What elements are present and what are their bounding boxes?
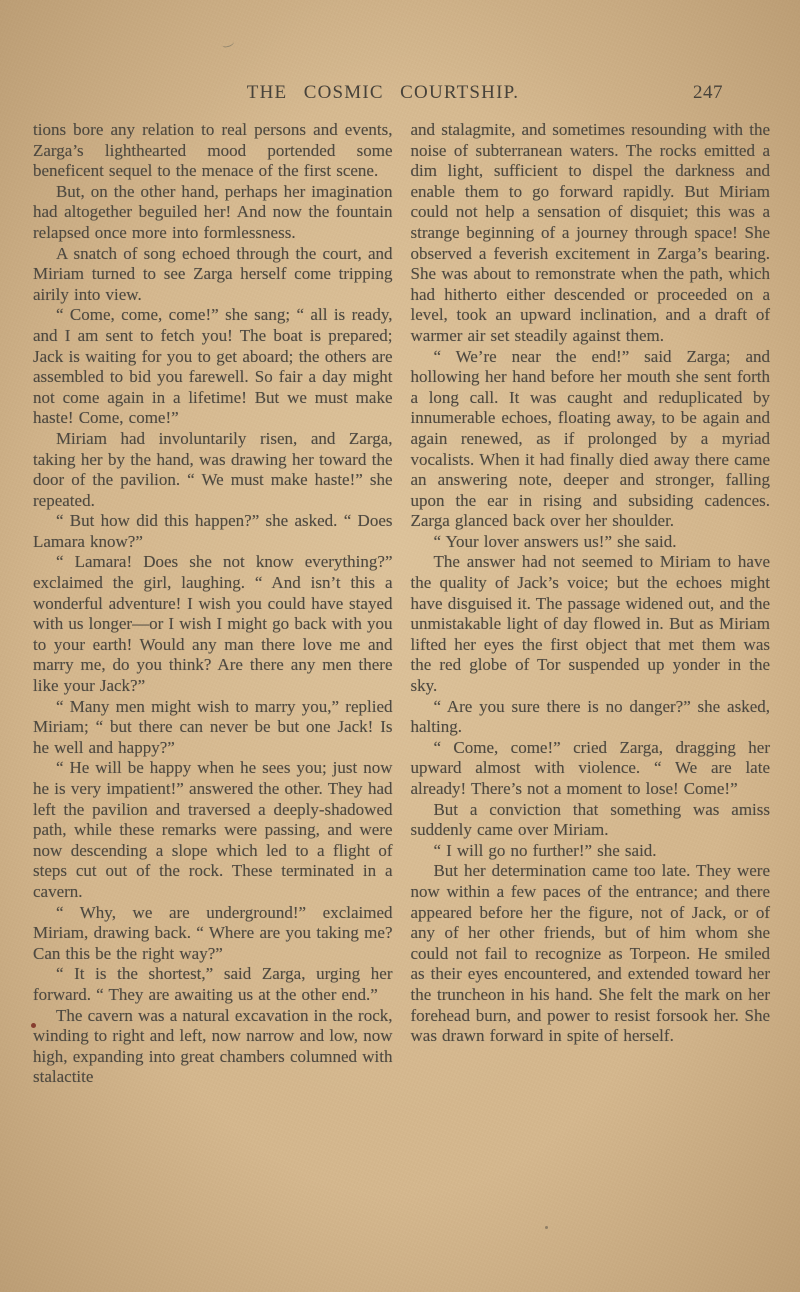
paragraph: and stalagmite, and sometimes resounding… [411, 120, 771, 347]
paragraph: The cavern was a natural excavation in t… [33, 1006, 393, 1088]
paragraph: “ Are you sure there is no danger?” she … [411, 697, 771, 738]
paragraph: “ It is the shortest,” said Zarga, urgin… [33, 964, 393, 1005]
paragraph: “ He will be happy when he sees you; jus… [33, 758, 393, 902]
paragraph: “ Come, come!” cried Zarga, dragging her… [411, 738, 771, 800]
text-block: tions bore any relation to real persons … [0, 118, 800, 1088]
paragraph: But her determination came too late. The… [411, 861, 771, 1046]
page-title: THE COSMIC COURTSHIP. [0, 82, 766, 104]
paragraph: tions bore any relation to real persons … [33, 120, 393, 182]
paragraph: “ Many men might wish to marry you,” rep… [33, 697, 393, 759]
paragraph: But a conviction that something was amis… [411, 800, 771, 841]
page-number: 247 [693, 82, 723, 104]
paragraph: “ Come, come, come!” she sang; “ all is … [33, 305, 393, 429]
paragraph: “ I will go no further!” she said. [411, 841, 771, 862]
paragraph: Miriam had involuntarily risen, and Zarg… [33, 429, 393, 511]
paragraph: “ Why, we are underground!” exclaimed Mi… [33, 903, 393, 965]
paragraph: A snatch of song echoed through the cour… [33, 244, 393, 306]
paragraph: But, on the other hand, perhaps her imag… [33, 182, 393, 244]
paper-speck [545, 1226, 548, 1229]
paragraph: “ We’re near the end!” said Zarga; and h… [411, 347, 771, 532]
paragraph: “ Lamara! Does she not know everything?”… [33, 552, 393, 696]
paragraph: The answer had not seemed to Miriam to h… [411, 552, 771, 696]
running-head: THE COSMIC COURTSHIP. 247 [0, 0, 800, 118]
text-column-right: and stalagmite, and sometimes resounding… [411, 120, 771, 1088]
paragraph: “ But how did this happen?” she asked. “… [33, 511, 393, 552]
book-page: THE COSMIC COURTSHIP. 247 tions bore any… [0, 0, 800, 1292]
paragraph: “ Your lover answers us!” she said. [411, 532, 771, 553]
text-column-left: tions bore any relation to real persons … [33, 120, 393, 1088]
